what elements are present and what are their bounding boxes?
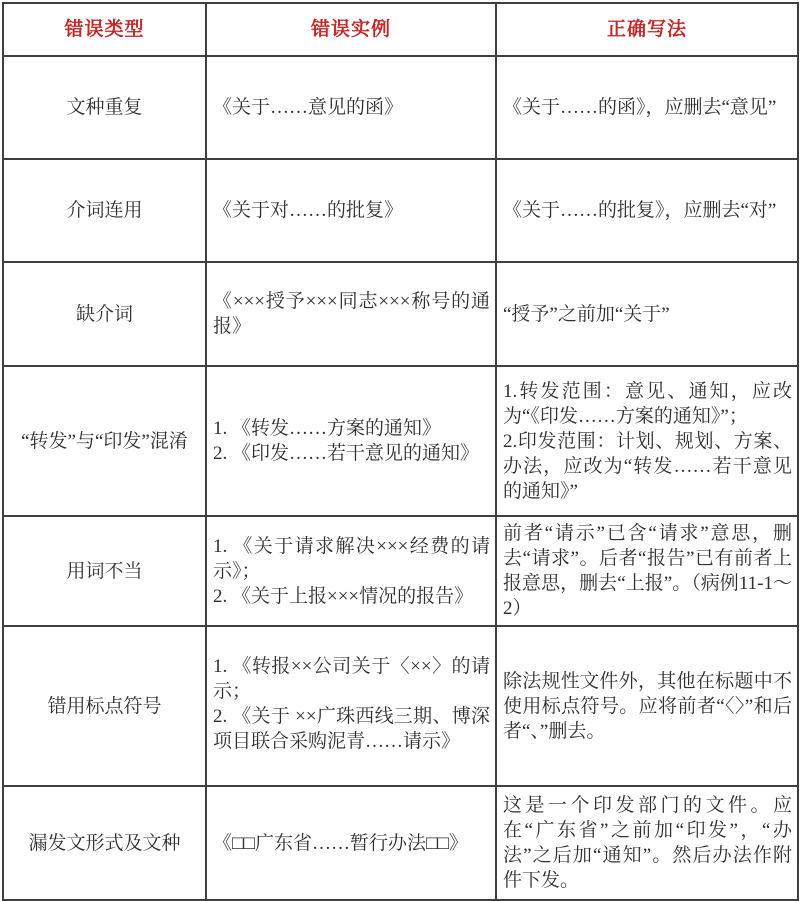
correct-writing-cell: “授予”之前加“关于”	[496, 262, 798, 366]
error-example-cell: 《×××授予×××同志×××称号的通报》	[206, 262, 496, 366]
error-type-cell: 错用标点符号	[3, 626, 206, 786]
table-row: 文种重复 《关于……意见的函》 《关于……的函》，应删去“意见”	[3, 56, 798, 159]
table-header-row: 错误类型 错误实例 正确写法	[3, 3, 798, 56]
clipped-example-text: 1. 《转报××公司关于〈××〉的请示； 2. 《关于 ××广珠西线三期、博深项…	[213, 654, 490, 758]
correct-writing-cell: 这是一个印发部门的文件。应在“广东省”之前加“印发”，“办法”之后加“通知”。然…	[496, 786, 798, 900]
header-error-example: 错误实例	[206, 3, 496, 56]
error-example-cell: 1. 《转发……方案的通知》 2. 《印发……若干意见的通知》	[206, 366, 496, 516]
header-correct-writing: 正确写法	[496, 3, 798, 56]
table-row: “转发”与“印发”混淆 1. 《转发……方案的通知》 2. 《印发……若干意见的…	[3, 366, 798, 516]
error-type-cell: 漏发文形式及文种	[3, 786, 206, 900]
error-example-cell: 1. 《关于请求解决×××经费的请示》； 2. 《关于上报×××情况的报告》	[206, 516, 496, 626]
error-example-cell: 《关于对……的批复》	[206, 159, 496, 262]
error-type-cell: 缺介词	[3, 262, 206, 366]
error-type-cell: 文种重复	[3, 56, 206, 159]
correct-writing-cell: 《关于……的函》，应删去“意见”	[496, 56, 798, 159]
table-row: 用词不当 1. 《关于请求解决×××经费的请示》； 2. 《关于上报×××情况的…	[3, 516, 798, 626]
error-example-cell: 1. 《转报××公司关于〈××〉的请示； 2. 《关于 ××广珠西线三期、博深项…	[206, 626, 496, 786]
error-example-cell: 《□□广东省……暂行办法□□》	[206, 786, 496, 900]
table-row: 漏发文形式及文种 《□□广东省……暂行办法□□》 这是一个印发部门的文件。应在“…	[3, 786, 798, 900]
error-example-cell: 《关于……意见的函》	[206, 56, 496, 159]
table-row: 缺介词 《×××授予×××同志×××称号的通报》 “授予”之前加“关于”	[3, 262, 798, 366]
document-page: 错误类型 错误实例 正确写法 文种重复 《关于……意见的函》 《关于……的函》，…	[0, 0, 800, 859]
error-type-cell: 用词不当	[3, 516, 206, 626]
correct-writing-cell: 《关于……的批复》，应删去“对”	[496, 159, 798, 262]
header-error-type: 错误类型	[3, 3, 206, 56]
table-row: 介词连用 《关于对……的批复》 《关于……的批复》，应删去“对”	[3, 159, 798, 262]
table-row: 错用标点符号 1. 《转报××公司关于〈××〉的请示； 2. 《关于 ××广珠西…	[3, 626, 798, 786]
correct-writing-cell: 前者“请示”已含“请求”意思，删去“请求”。后者“报告”已有前者上报意思，删去“…	[496, 516, 798, 626]
error-type-cell: “转发”与“印发”混淆	[3, 366, 206, 516]
correct-writing-cell: 除法规性文件外，其他在标题中不使用标点符号。应将前者“〈〉”和后者“、”删去。	[496, 626, 798, 786]
error-types-table: 错误类型 错误实例 正确写法 文种重复 《关于……意见的函》 《关于……的函》，…	[2, 2, 799, 901]
correct-writing-cell: 1.转发范围：意见、通知，应改为“《印发……方案的通知》”； 2.印发范围：计划…	[496, 366, 798, 516]
error-type-cell: 介词连用	[3, 159, 206, 262]
